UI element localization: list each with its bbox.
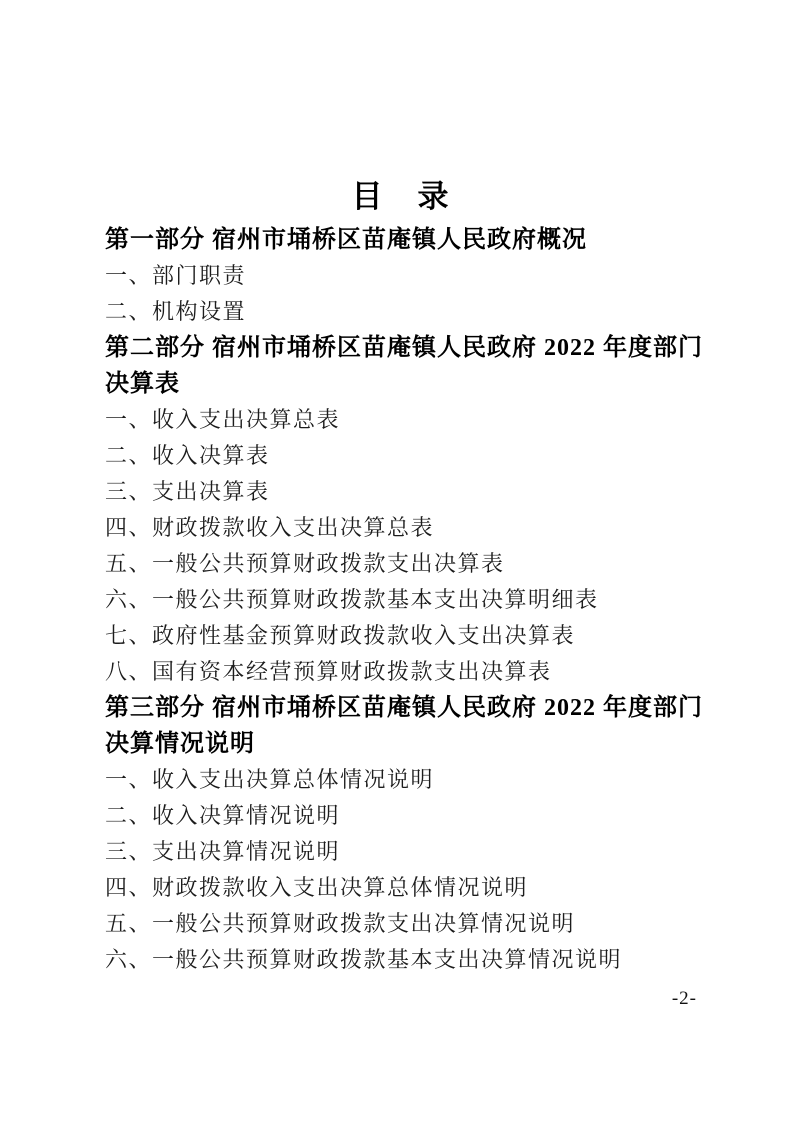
page-number: -2-: [672, 988, 697, 1010]
toc-entry-s3-2: 二、收入决算情况说明: [105, 798, 697, 834]
toc-entry-s2-7: 七、政府性基金预算财政拨款收入支出决算表: [105, 618, 697, 654]
section-3-heading-line-1: 第三部分 宿州市埇桥区苗庵镇人民政府 2022 年度部门: [105, 690, 697, 726]
page-title: 目 录: [105, 176, 697, 218]
toc-entry-s2-3: 三、支出决算表: [105, 474, 697, 510]
toc-entry-s1-2: 二、机构设置: [105, 294, 697, 330]
section-2-heading-line-1: 第二部分 宿州市埇桥区苗庵镇人民政府 2022 年度部门: [105, 330, 697, 366]
section-3-heading-line-2: 决算情况说明: [105, 726, 697, 762]
toc-entry-s2-1: 一、收入支出决算总表: [105, 402, 697, 438]
section-1-heading: 第一部分 宿州市埇桥区苗庵镇人民政府概况: [105, 222, 697, 258]
toc-entry-s3-4: 四、财政拨款收入支出决算总体情况说明: [105, 870, 697, 906]
toc-entry-s3-3: 三、支出决算情况说明: [105, 834, 697, 870]
toc-entry-s1-1: 一、部门职责: [105, 258, 697, 294]
toc-entry-s2-6: 六、一般公共预算财政拨款基本支出决算明细表: [105, 582, 697, 618]
document-page: 目 录 第一部分 宿州市埇桥区苗庵镇人民政府概况 一、部门职责 二、机构设置 第…: [0, 0, 793, 1122]
section-2-heading-line-2: 决算表: [105, 366, 697, 402]
toc-entry-s3-1: 一、收入支出决算总体情况说明: [105, 762, 697, 798]
toc-entry-s2-8: 八、国有资本经营预算财政拨款支出决算表: [105, 654, 697, 690]
toc-content: 目 录 第一部分 宿州市埇桥区苗庵镇人民政府概况 一、部门职责 二、机构设置 第…: [105, 176, 697, 978]
toc-entry-s3-6: 六、一般公共预算财政拨款基本支出决算情况说明: [105, 942, 697, 978]
toc-entry-s3-5: 五、一般公共预算财政拨款支出决算情况说明: [105, 906, 697, 942]
toc-entry-s2-2: 二、收入决算表: [105, 438, 697, 474]
toc-entry-s2-5: 五、一般公共预算财政拨款支出决算表: [105, 546, 697, 582]
toc-entry-s2-4: 四、财政拨款收入支出决算总表: [105, 510, 697, 546]
